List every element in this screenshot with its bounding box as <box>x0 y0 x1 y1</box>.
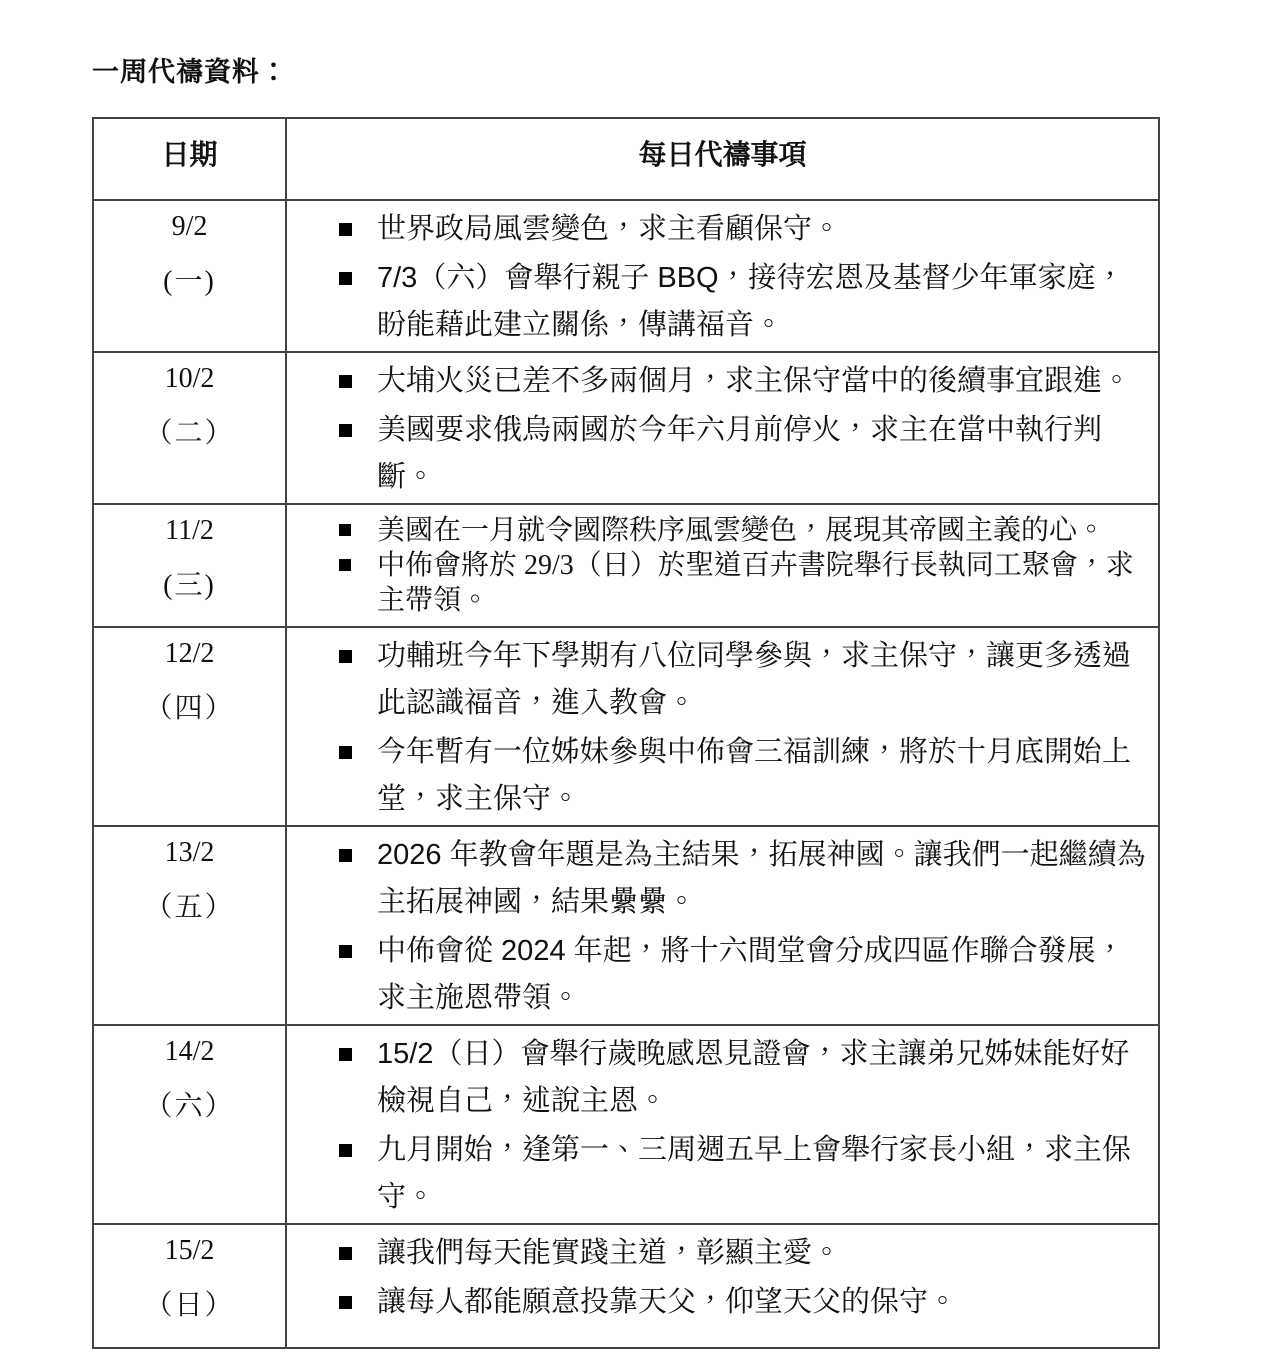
date-label: 13/2 <box>94 837 285 869</box>
items-column-header: 每日代禱事項 <box>286 118 1159 200</box>
table-row: 14/2 （六） 15/2（日）會舉行歲晚感恩見證會，求主讓弟兄姊妹能好好檢視自… <box>93 1025 1159 1224</box>
weekday-label: （四） <box>94 686 285 726</box>
square-bullet-icon <box>339 559 351 571</box>
prayer-item-text: 7/3（六）會舉行親子 BBQ，接待宏恩及基督少年軍家庭，盼能藉此建立關係，傳講… <box>377 262 1125 341</box>
weekday-label: （五） <box>94 885 285 925</box>
date-label: 9/2 <box>94 211 285 243</box>
prayer-items-cell: 美國在一月就令國際秩序風雲變色，展現其帝國主義的心。 中佈會將於 29/3（日）… <box>286 504 1159 627</box>
table-row: 9/2 (一) 世界政局風雲變色，求主看顧保守。 7/3（六）會舉行親子 BBQ… <box>93 200 1159 352</box>
list-item: 九月開始，逢第一、三周週五早上會舉行家長小組，求主保守。 <box>287 1127 1146 1221</box>
weekday-label: （六） <box>94 1084 285 1124</box>
list-item: 15/2（日）會舉行歲晚感恩見證會，求主讓弟兄姊妹能好好檢視自己，述說主恩。 <box>287 1031 1146 1125</box>
list-item: 美國要求俄烏兩國於今年六月前停火，求主在當中執行判斷。 <box>287 407 1146 501</box>
document-page: 一周代禱資料： 日期 每日代禱事項 9/2 (一) 世界政局風雲變色，求主看顧保… <box>0 0 1284 1352</box>
table-row: 13/2 （五） 2026 年教會年題是為主結果，拓展神國。讓我們一起繼續為主拓… <box>93 826 1159 1025</box>
prayer-item-text: 今年暫有一位姊妹參與中佈會三福訓練，將於十月底開始上堂，求主保守。 <box>377 736 1131 815</box>
prayer-item-text: 功輔班今年下學期有八位同學參與，求主保守，讓更多透過此認識福音，進入教會。 <box>377 640 1131 719</box>
square-bullet-icon <box>339 650 352 663</box>
square-bullet-icon <box>339 223 352 236</box>
prayer-items-cell: 2026 年教會年題是為主結果，拓展神國。讓我們一起繼續為主拓展神國，結果纍纍。… <box>286 826 1159 1025</box>
date-cell: 10/2 （二） <box>93 352 286 504</box>
square-bullet-icon <box>339 1296 352 1309</box>
date-label: 10/2 <box>94 363 285 395</box>
list-item: 2026 年教會年題是為主結果，拓展神國。讓我們一起繼續為主拓展神國，結果纍纍。 <box>287 832 1146 926</box>
prayer-item-text: 中佈會將於 29/3（日）於聖道百卉書院舉行長執同工聚會，求主帶領。 <box>377 550 1134 616</box>
date-label: 11/2 <box>94 515 285 547</box>
list-item: 今年暫有一位姊妹參與中佈會三福訓練，將於十月底開始上堂，求主保守。 <box>287 729 1146 823</box>
list-item: 7/3（六）會舉行親子 BBQ，接待宏恩及基督少年軍家庭，盼能藉此建立關係，傳講… <box>287 255 1146 349</box>
prayer-items-cell: 讓我們每天能實踐主道，彰顯主愛。 讓每人都能願意投靠天父，仰望天父的保守。 <box>286 1224 1159 1348</box>
date-cell: 14/2 （六） <box>93 1025 286 1224</box>
prayer-item-text: 讓我們每天能實踐主道，彰顯主愛。 <box>377 1237 841 1269</box>
square-bullet-icon <box>339 1048 352 1061</box>
table-header-row: 日期 每日代禱事項 <box>93 118 1159 200</box>
table-row: 15/2 （日） 讓我們每天能實踐主道，彰顯主愛。 讓每人都能願意投靠天父，仰望… <box>93 1224 1159 1348</box>
prayer-items-cell: 功輔班今年下學期有八位同學參與，求主保守，讓更多透過此認識福音，進入教會。 今年… <box>286 627 1159 826</box>
square-bullet-icon <box>339 272 352 285</box>
prayer-table: 日期 每日代禱事項 9/2 (一) 世界政局風雲變色，求主看顧保守。 7/3（六… <box>92 117 1160 1349</box>
date-label: 14/2 <box>94 1036 285 1068</box>
list-item: 中佈會從 2024 年起，將十六間堂會分成四區作聯合發展，求主施恩帶領。 <box>287 928 1146 1022</box>
date-cell: 9/2 (一) <box>93 200 286 352</box>
prayer-item-text: 九月開始，逢第一、三周週五早上會舉行家長小組，求主保守。 <box>377 1134 1131 1213</box>
date-cell: 12/2 （四） <box>93 627 286 826</box>
prayer-item-text: 中佈會從 2024 年起，將十六間堂會分成四區作聯合發展，求主施恩帶領。 <box>377 935 1125 1014</box>
prayer-item-text: 美國要求俄烏兩國於今年六月前停火，求主在當中執行判斷。 <box>377 414 1102 493</box>
list-item: 世界政局風雲變色，求主看顧保守。 <box>287 206 1146 253</box>
date-cell: 11/2 (三) <box>93 504 286 627</box>
square-bullet-icon <box>339 524 351 536</box>
prayer-items-cell: 世界政局風雲變色，求主看顧保守。 7/3（六）會舉行親子 BBQ，接待宏恩及基督… <box>286 200 1159 352</box>
date-label: 15/2 <box>94 1235 285 1267</box>
prayer-item-text: 15/2（日）會舉行歲晚感恩見證會，求主讓弟兄姊妹能好好檢視自己，述說主恩。 <box>377 1038 1129 1117</box>
weekday-label: (一) <box>94 259 285 299</box>
list-item: 大埔火災已差不多兩個月，求主保守當中的後續事宜跟進。 <box>287 358 1146 405</box>
prayer-item-text: 美國在一月就令國際秩序風雲變色，展現其帝國主義的心。 <box>377 515 1105 546</box>
list-item: 讓我們每天能實踐主道，彰顯主愛。 <box>287 1230 1146 1277</box>
date-cell: 13/2 （五） <box>93 826 286 1025</box>
square-bullet-icon <box>339 1247 352 1260</box>
weekday-label: (三) <box>94 563 285 603</box>
page-title: 一周代禱資料： <box>92 50 288 89</box>
date-column-header: 日期 <box>93 118 286 200</box>
table-row: 10/2 （二） 大埔火災已差不多兩個月，求主保守當中的後續事宜跟進。 美國要求… <box>93 352 1159 504</box>
square-bullet-icon <box>339 375 352 388</box>
prayer-item-text: 大埔火災已差不多兩個月，求主保守當中的後續事宜跟進。 <box>377 365 1131 397</box>
prayer-item-text: 讓每人都能願意投靠天父，仰望天父的保守。 <box>377 1286 957 1318</box>
list-item: 美國在一月就令國際秩序風雲變色，展現其帝國主義的心。 <box>287 513 1146 548</box>
table-row: 12/2 （四） 功輔班今年下學期有八位同學參與，求主保守，讓更多透過此認識福音… <box>93 627 1159 826</box>
list-item: 讓每人都能願意投靠天父，仰望天父的保守。 <box>287 1279 1146 1326</box>
list-item: 功輔班今年下學期有八位同學參與，求主保守，讓更多透過此認識福音，進入教會。 <box>287 633 1146 727</box>
weekday-label: （二） <box>94 411 285 451</box>
square-bullet-icon <box>339 945 352 958</box>
prayer-item-text: 世界政局風雲變色，求主看顧保守。 <box>377 213 841 245</box>
table-row: 11/2 (三) 美國在一月就令國際秩序風雲變色，展現其帝國主義的心。 中佈會將… <box>93 504 1159 627</box>
date-cell: 15/2 （日） <box>93 1224 286 1348</box>
prayer-item-text: 2026 年教會年題是為主結果，拓展神國。讓我們一起繼續為主拓展神國，結果纍纍。 <box>377 839 1146 918</box>
prayer-items-cell: 大埔火災已差不多兩個月，求主保守當中的後續事宜跟進。 美國要求俄烏兩國於今年六月… <box>286 352 1159 504</box>
prayer-items-cell: 15/2（日）會舉行歲晚感恩見證會，求主讓弟兄姊妹能好好檢視自己，述說主恩。 九… <box>286 1025 1159 1224</box>
date-label: 12/2 <box>94 638 285 670</box>
square-bullet-icon <box>339 746 352 759</box>
list-item: 中佈會將於 29/3（日）於聖道百卉書院舉行長執同工聚會，求主帶領。 <box>287 548 1146 618</box>
square-bullet-icon <box>339 424 352 437</box>
weekday-label: （日） <box>94 1283 285 1323</box>
square-bullet-icon <box>339 1144 352 1157</box>
square-bullet-icon <box>339 849 352 862</box>
